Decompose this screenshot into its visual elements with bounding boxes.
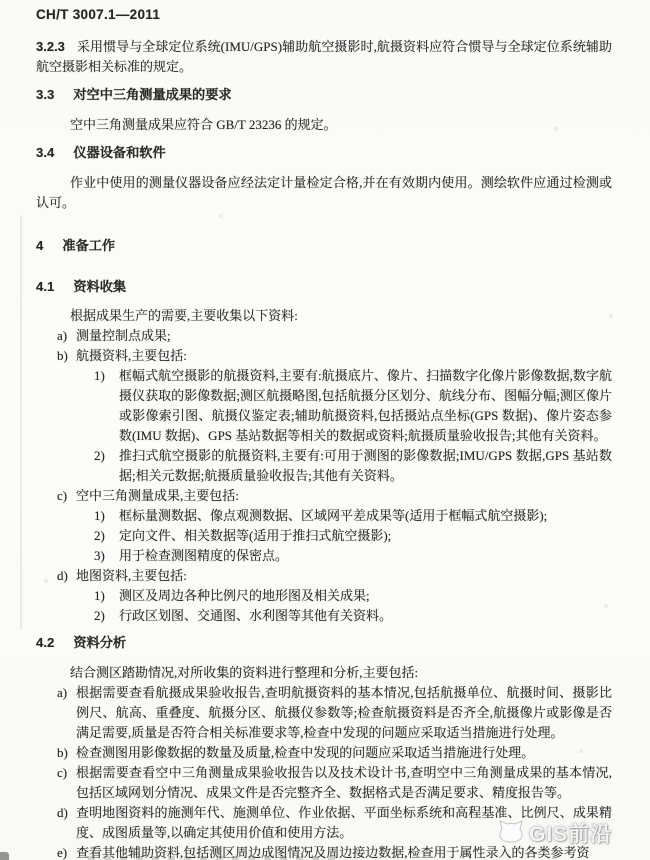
sublist-item-d1: 1)测区及周边各种比例尺的地形图及相关成果; [36,586,612,606]
list-text: 航摄资料,主要包括: [76,348,187,363]
list-text: 推扫式航空摄影的航摄资料,主要有:可用于测图的影像数据;IMU/GPS 数据,G… [119,448,612,483]
list-label: 1) [94,586,105,606]
list-text: 检查测图用影像数据的数量及质量,检查中发现的问题应采取适当措施进行处理。 [76,745,534,760]
watermark-text: GIS前沿 [529,818,612,848]
list42-item-a: a)根据需要查看航摄成果验收报告,查明航摄资料的基本情况,包括航摄单位、航摄时间… [36,683,612,743]
list-label: 1) [94,366,105,386]
heading-3-4: 3.4仪器设备和软件 [36,143,612,163]
heading-number: 4.1 [36,277,54,297]
heading-4-2: 4.2资料分析 [36,633,612,653]
gis-logo-icon [498,819,524,848]
scanned-standard-page: CH/T 3007.1—2011 3.2.3采用惯导与全球定位系统(IMU/GP… [0,0,650,860]
list-text: 行政区划图、交通图、水利图等其他有关资料。 [119,608,392,623]
heading-title: 仪器设备和软件 [73,145,165,160]
heading-3-3: 3.3对空中三角测量成果的要求 [36,85,612,105]
heading-number: 4.2 [36,633,54,653]
list-label: 2) [94,606,105,626]
list-text: 测量控制点成果; [76,328,171,343]
sublist-item-d2: 2)行政区划图、交通图、水利图等其他有关资料。 [36,606,612,626]
list-item-c: c)空中三角测量成果,主要包括: [36,486,612,506]
list-label: b) [57,743,68,763]
list-text: 框幅式航空摄影的航摄资料,主要有:航摄底片、像片、扫描数字化像片影像数据,数字航… [119,368,612,443]
list-text: 用于检查测图精度的保密点。 [119,548,288,563]
paragraph-3-4: 作业中使用的测量仪器设备应经法定计量检定合格,并在有效期内使用。测绘软件应通过检… [36,173,612,213]
list-text: 测区及周边各种比例尺的地形图及相关成果; [119,588,370,603]
watermark: GIS前沿 [498,815,612,851]
list-item-d: d)地图资料,主要包括: [36,566,612,586]
list42-item-c: c)根据需要查看空中三角测量成果验收报告以及技术设计书,查明空中三角测量成果的基… [36,763,612,803]
heading-4-1: 4.1资料收集 [36,277,612,297]
heading-title: 资料收集 [73,279,126,294]
list-label: 1) [94,506,105,526]
scan-edge-smudge [0,852,9,860]
heading-title: 准备工作 [62,238,115,253]
list-text: 地图资料,主要包括: [76,568,187,583]
paragraph-4-1: 根据成果生产的需要,主要收集以下资料: [36,306,612,326]
sublist-item-b2: 2)推扫式航空摄影的航摄资料,主要有:可用于测图的影像数据;IMU/GPS 数据… [36,446,612,486]
sublist-item-c3: 3)用于检查测图精度的保密点。 [36,546,612,566]
list-item-b: b)航摄资料,主要包括: [36,346,612,366]
list-text: 根据需要查看航摄成果验收报告,查明航摄资料的基本情况,包括航摄单位、航摄时间、摄… [76,685,612,740]
list-label: c) [57,486,67,506]
list42-item-b: b)检查测图用影像数据的数量及质量,检查中发现的问题应采取适当措施进行处理。 [36,743,612,763]
heading-number: 3.4 [36,143,54,163]
clipped-next-line-remnant [88,856,338,860]
heading-number: 3.3 [36,85,54,105]
list-label: d) [57,803,68,823]
heading-number: 4 [36,236,43,256]
list-label: a) [57,326,67,346]
list-label: a) [57,683,67,703]
heading-4: 4准备工作 [36,236,612,256]
list-label: 2) [94,526,105,546]
standard-number-header: CH/T 3007.1—2011 [36,5,612,25]
clause-text: 采用惯导与全球定位系统(IMU/GPS)辅助航空摄影时,航摄资料应符合惯导与全球… [36,39,612,74]
list-label: 2) [94,446,105,466]
list-text: 根据需要查看空中三角测量成果验收报告以及技术设计书,查明空中三角测量成果的基本情… [76,765,612,800]
scan-artifact-vertical-line [20,215,22,630]
clause-number: 3.2.3 [36,39,65,54]
list-label: b) [57,346,68,366]
paragraph-3-3: 空中三角测量成果应符合 GB/T 23236 的规定。 [36,115,612,135]
list-text: 框标量测数据、像点观测数据、区域网平差成果等(适用于框幅式航空摄影); [119,508,547,523]
list-label: c) [57,763,67,783]
sublist-item-b1: 1)框幅式航空摄影的航摄资料,主要有:航摄底片、像片、扫描数字化像片影像数据,数… [36,366,612,446]
heading-title: 资料分析 [73,635,126,650]
list-label: 3) [94,546,105,566]
document-content: CH/T 3007.1—2011 3.2.3采用惯导与全球定位系统(IMU/GP… [36,5,612,860]
heading-title: 对空中三角测量成果的要求 [73,87,231,102]
list-label: d) [57,566,68,586]
paragraph-4-2: 结合测区踏勘情况,对所收集的资料进行整理和分析,主要包括: [36,663,612,683]
sublist-item-c2: 2)定向文件、相关数据等(适用于推扫式航空摄影); [36,526,612,546]
clause-3-2-3: 3.2.3采用惯导与全球定位系统(IMU/GPS)辅助航空摄影时,航摄资料应符合… [36,37,612,77]
list-label: e) [57,843,67,860]
list-item-a: a)测量控制点成果; [36,326,612,346]
list-text: 空中三角测量成果,主要包括: [76,488,239,503]
list-text: 定向文件、相关数据等(适用于推扫式航空摄影); [119,528,391,543]
sublist-item-c1: 1)框标量测数据、像点观测数据、区域网平差成果等(适用于框幅式航空摄影); [36,506,612,526]
